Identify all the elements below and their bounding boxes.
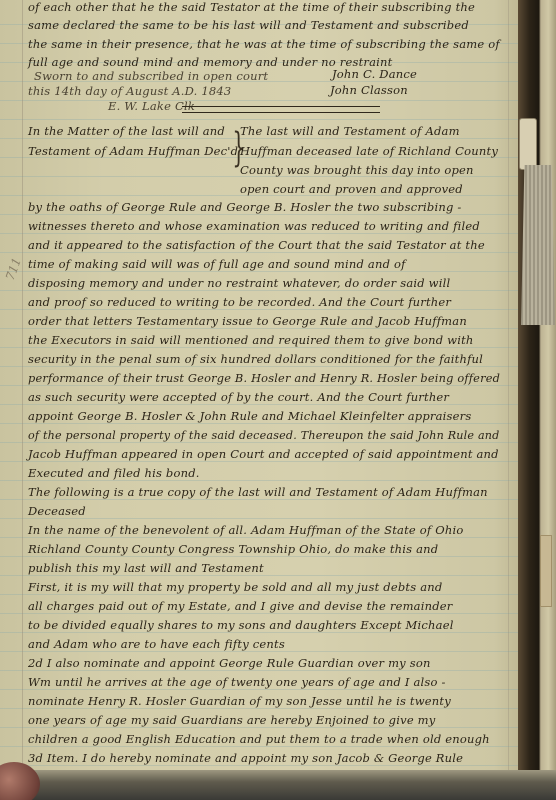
text-line: the same in their presence, that he was … [28,37,500,51]
text-line: performance of their trust George B. Hos… [28,371,500,385]
binding-thread-tassel [521,165,555,325]
text-line: First, it is my will that my property be… [28,580,442,594]
text-line: 3d Item. I do hereby nominate and appoin… [28,751,463,765]
text-line: Richland County County Congress Township… [28,542,438,556]
text-line: the Executors in said will mentioned and… [28,333,474,347]
summary-line: County was brought this day into open [240,163,474,177]
witness-signature: John C. Dance [332,67,417,81]
text-line: 2d I also nominate and appoint George Ru… [28,656,431,670]
text-line: and proof so reduced to writing to be re… [28,295,451,309]
caption-line: In the Matter of the last will and [28,124,225,138]
text-line: by the oaths of George Rule and George B… [28,200,461,214]
text-line: and it appeared to the satisfaction of t… [28,238,485,252]
binding-thread-knot [540,535,552,607]
text-line: of the personal property of the said dec… [28,428,499,442]
summary-line: The last will and Testament of Adam [240,124,460,138]
text-line: nominate Henry R. Hosler Guardian of my … [28,694,451,708]
text-line: time of making said will was of full age… [28,257,406,271]
caption-line: Testament of Adam Huffman Dec'd [28,144,238,158]
text-line: one years of age my said Guardians are h… [28,713,435,727]
text-line: Wm until he arrives at the age of twenty… [28,675,446,689]
text-line: children a good English Education and pu… [28,732,490,746]
text-line: all charges paid out of my Estate, and I… [28,599,452,613]
text-line: same declared the same to be his last wi… [28,18,469,32]
text-line: security in the penal sum of six hundred… [28,352,483,366]
summary-line: open court and proven and approved [240,182,463,196]
jurat-line: Sworn to and subscribed in open court [34,69,268,83]
right-margin-rule [508,0,509,790]
text-line: The following is a true copy of the last… [28,485,488,499]
text-line: Deceased [28,504,86,518]
page-bottom-edge [0,770,556,800]
text-line: and Adam who are to have each fifty cent… [28,637,285,651]
summary-line: Huffman deceased late of Richland County [240,144,498,158]
text-line: to be divided equally shares to my sons … [28,618,454,632]
jurat-date: this 14th day of August A.D. 1843 [28,84,231,98]
text-line: of each other that he the said Testator … [28,0,475,14]
ledger-page: of each other that he the said Testator … [0,0,520,790]
text-line: In the name of the benevolent of all. Ad… [28,523,463,537]
binding-thread-wrap [519,118,537,170]
text-line: order that letters Testamentary issue to… [28,314,467,328]
text-line: as such security were accepted of by the… [28,390,449,404]
witness-signature: John Classon [330,83,408,97]
text-line: witnesses thereto and whose examination … [28,219,480,233]
text-line: disposing memory and under no restraint … [28,276,450,290]
left-margin-rule [22,0,23,790]
text-line: publish this my last will and Testament [28,561,264,575]
text-line: Jacob Huffman appeared in open Court and… [28,447,499,461]
text-line: appoint George B. Hosler & John Rule and… [28,409,471,423]
text-line: Executed and filed his bond. [28,466,200,480]
section-divider [182,106,380,113]
